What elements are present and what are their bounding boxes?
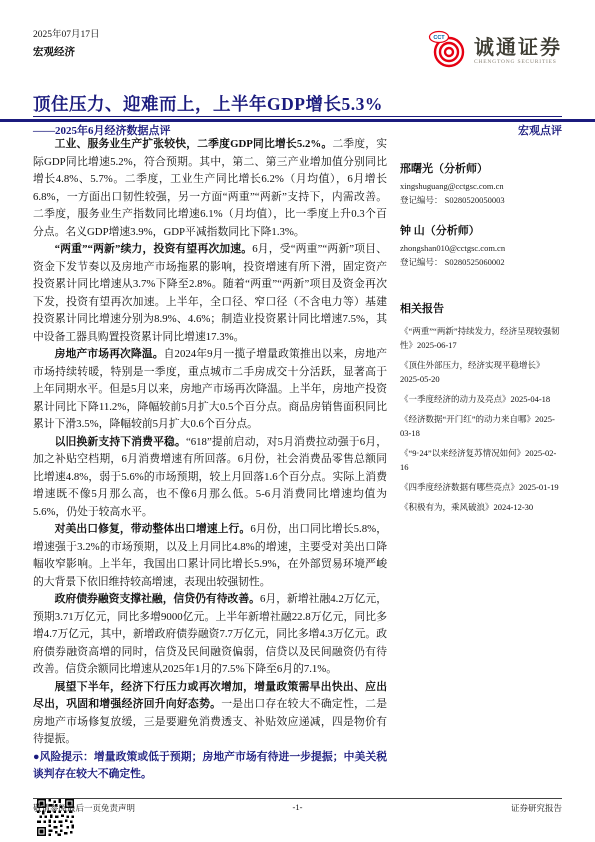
body-paragraph: 以旧换新支持下消费平稳。“618”提前启动，对5月消费拉动强于6月，加之补贴空档…	[33, 434, 387, 522]
analyst-email: xingshuguang@cctgsc.com.cn	[400, 181, 562, 191]
related-reports: 相关报告 《“两重”“两新”持续发力，经济呈现较强韧性》2025-06-17 《…	[400, 300, 562, 514]
related-report-item: 《经济数据“开门红”的动力来自哪》2025-03-18	[400, 412, 562, 440]
body-paragraph: 展望下半年，经济下行压力或再次增加，增量政策需早出快出、应出尽出，巩固和增强经济…	[33, 679, 387, 749]
content-area: 工业、服务业生产扩张较快，二季度GDP同比增长5.2%。二季度，实际GDP同比增…	[33, 124, 562, 784]
report-title: 顶住压力、迎难而上，上半年GDP增长5.3%	[33, 91, 562, 116]
analyst-registration: 登记编号： S0280525060002	[400, 256, 562, 268]
report-page: 2025年07月17日 宏观经济 CCT 诚通证券 CHENGTONG SECU…	[0, 0, 595, 842]
footer-report-type: 证券研究报告	[511, 802, 562, 814]
risk-text: 风险提示：增量政策或低于预期；房地产市场有待进一步提振；中美关税谈判存在较大不确…	[33, 751, 387, 781]
paragraph-lead: 政府债券融资支撑社融，信贷仍有待改善。	[55, 593, 260, 605]
bullet-icon: ●	[33, 751, 40, 763]
brand-logo-text: 诚通证券 CHENGTONG SECURITIES	[474, 38, 562, 65]
paragraph-text: 6月，新增社融4.2万亿元，预期3.71万亿元，同比多增9000亿元。上半年新增…	[33, 593, 387, 675]
analyst-registration: 登记编号： S0280520050003	[400, 194, 562, 206]
sidebar: 邢曙光（分析师） xingshuguang@cctgsc.com.cn 登记编号…	[387, 124, 562, 784]
body-paragraph: “两重”“两新”续力，投资有望再次加速。6月，受“两重”“两新”项目、资金下发节…	[33, 241, 387, 346]
header-meta: 2025年07月17日 宏观经济	[33, 26, 100, 59]
brand-name-cn: 诚通证券	[474, 38, 562, 58]
analyst-name: 钟 山（分析师）	[400, 222, 562, 238]
paragraph-text: 6月，受“两重”“两新”项目、资金下发节奏以及房地产市场拖累的影响，投资增速有所…	[33, 243, 387, 343]
analyst-name: 邢曙光（分析师）	[400, 160, 562, 176]
paragraph-lead: 房地产市场再次降温。	[55, 348, 164, 360]
paragraph-lead: “两重”“两新”续力，投资有望再次加速。	[55, 243, 253, 255]
header-rule-thick	[0, 119, 595, 122]
brand-logo: CCT 诚通证券 CHENGTONG SECURITIES	[427, 28, 562, 75]
brand-logo-icon: CCT	[427, 28, 469, 75]
body-paragraph: 政府债券融资支撑社融，信贷仍有待改善。6月，新增社融4.2万亿元，预期3.71万…	[33, 591, 387, 679]
main-column: 工业、服务业生产扩张较快，二季度GDP同比增长5.2%。二季度，实际GDP同比增…	[33, 124, 387, 784]
paragraph-text: 二季度，实际GDP同比增速5.2%，符合预期。其中，第二、第三产业增加值分别同比…	[33, 138, 387, 238]
related-report-item: 《四季度经济数据有哪些亮点》2025-01-19	[400, 480, 562, 494]
body-paragraph: 房地产市场再次降温。自2024年9月一揽子增量政策推出以来，房地产市场持续转暖，…	[33, 346, 387, 434]
svg-text:CCT: CCT	[433, 35, 445, 41]
paragraph-lead: 以旧换新支持下消费平稳。	[55, 436, 186, 448]
report-category: 宏观经济	[33, 44, 100, 59]
footer: -1- 敬请参阅最后一页免责声明 证券研究报告	[33, 802, 562, 814]
related-report-item: 《顶住外部压力，经济实现平稳增长》2025-05-20	[400, 358, 562, 386]
report-date: 2025年07月17日	[33, 26, 100, 40]
related-report-item: 《一季度经济的动力及亮点》2025-04-18	[400, 392, 562, 406]
paragraph-text: 自2024年9月一揽子增量政策推出以来，房地产市场持续转暖，特别是一季度，重点城…	[33, 348, 387, 430]
footer-disclaimer: 敬请参阅最后一页免责声明	[33, 802, 135, 814]
header-rule-thin	[33, 116, 562, 117]
paragraph-lead: 对美出口修复，带动整体出口增速上行。	[55, 523, 251, 535]
analyst-block: 钟 山（分析师） zhongshan010@cctgsc.com.cn 登记编号…	[400, 222, 562, 268]
related-reports-heading: 相关报告	[400, 300, 562, 316]
analyst-block: 邢曙光（分析师） xingshuguang@cctgsc.com.cn 登记编号…	[400, 160, 562, 206]
footer-rule	[33, 798, 562, 799]
related-report-item: 《积极有为，乘风破浪》2024-12-30	[400, 500, 562, 514]
paragraph-lead: 工业、服务业生产扩张较快，二季度GDP同比增长5.2%。	[55, 138, 333, 150]
risk-warning: ●风险提示：增量政策或低于预期；房地产市场有待进一步提振；中美关税谈判存在较大不…	[33, 749, 387, 784]
related-report-item: 《“9·24”以来经济复苏情况如何》2025-02-16	[400, 446, 562, 474]
related-report-item: 《“两重”“两新”持续发力，经济呈现较强韧性》2025-06-17	[400, 324, 562, 352]
body-paragraph: 对美出口修复，带动整体出口增速上行。6月份，出口同比增长5.8%，增速强于3.2…	[33, 521, 387, 591]
brand-name-en: CHENGTONG SECURITIES	[474, 59, 562, 65]
body-paragraph: 工业、服务业生产扩张较快，二季度GDP同比增长5.2%。二季度，实际GDP同比增…	[33, 136, 387, 241]
analyst-email: zhongshan010@cctgsc.com.cn	[400, 243, 562, 253]
